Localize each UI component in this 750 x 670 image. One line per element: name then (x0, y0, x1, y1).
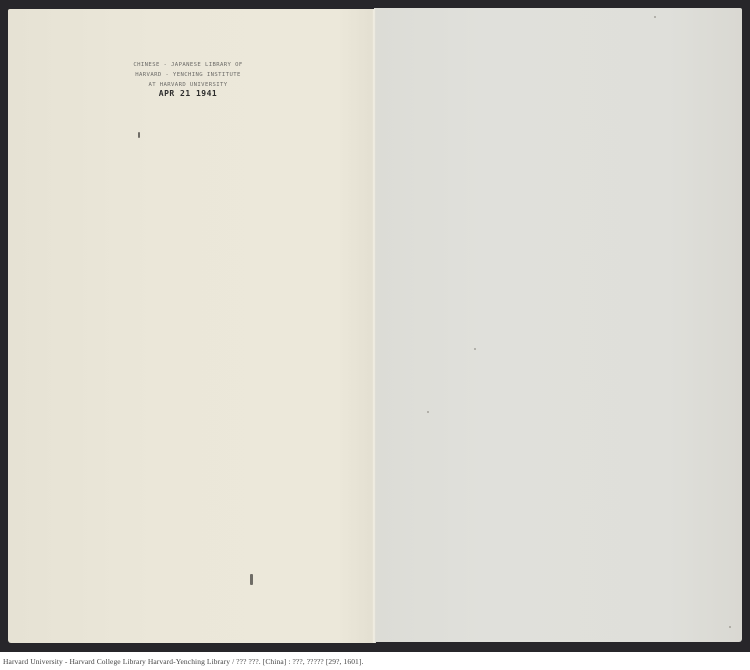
ink-mark (138, 132, 140, 138)
library-stamp: CHINESE - JAPANESE LIBRARY OF HARVARD - … (118, 60, 258, 99)
citation-caption: Harvard University - Harvard College Lib… (3, 657, 363, 666)
paper-speck (474, 348, 476, 350)
right-page (374, 8, 742, 642)
paper-speck (427, 411, 429, 413)
stamp-line-3: AT HARVARD UNIVERSITY (118, 80, 258, 90)
stamp-date: APR 21 1941 (118, 89, 258, 99)
scan-image: CHINESE - JAPANESE LIBRARY OF HARVARD - … (0, 0, 750, 652)
book-gutter (372, 9, 376, 643)
paper-speck (654, 16, 656, 18)
stamp-line-2: HARVARD - YENCHING INSTITUTE (118, 70, 258, 80)
ink-mark (250, 574, 253, 585)
paper-speck (729, 626, 731, 628)
left-page: CHINESE - JAPANESE LIBRARY OF HARVARD - … (8, 9, 374, 643)
stamp-line-1: CHINESE - JAPANESE LIBRARY OF (118, 60, 258, 70)
